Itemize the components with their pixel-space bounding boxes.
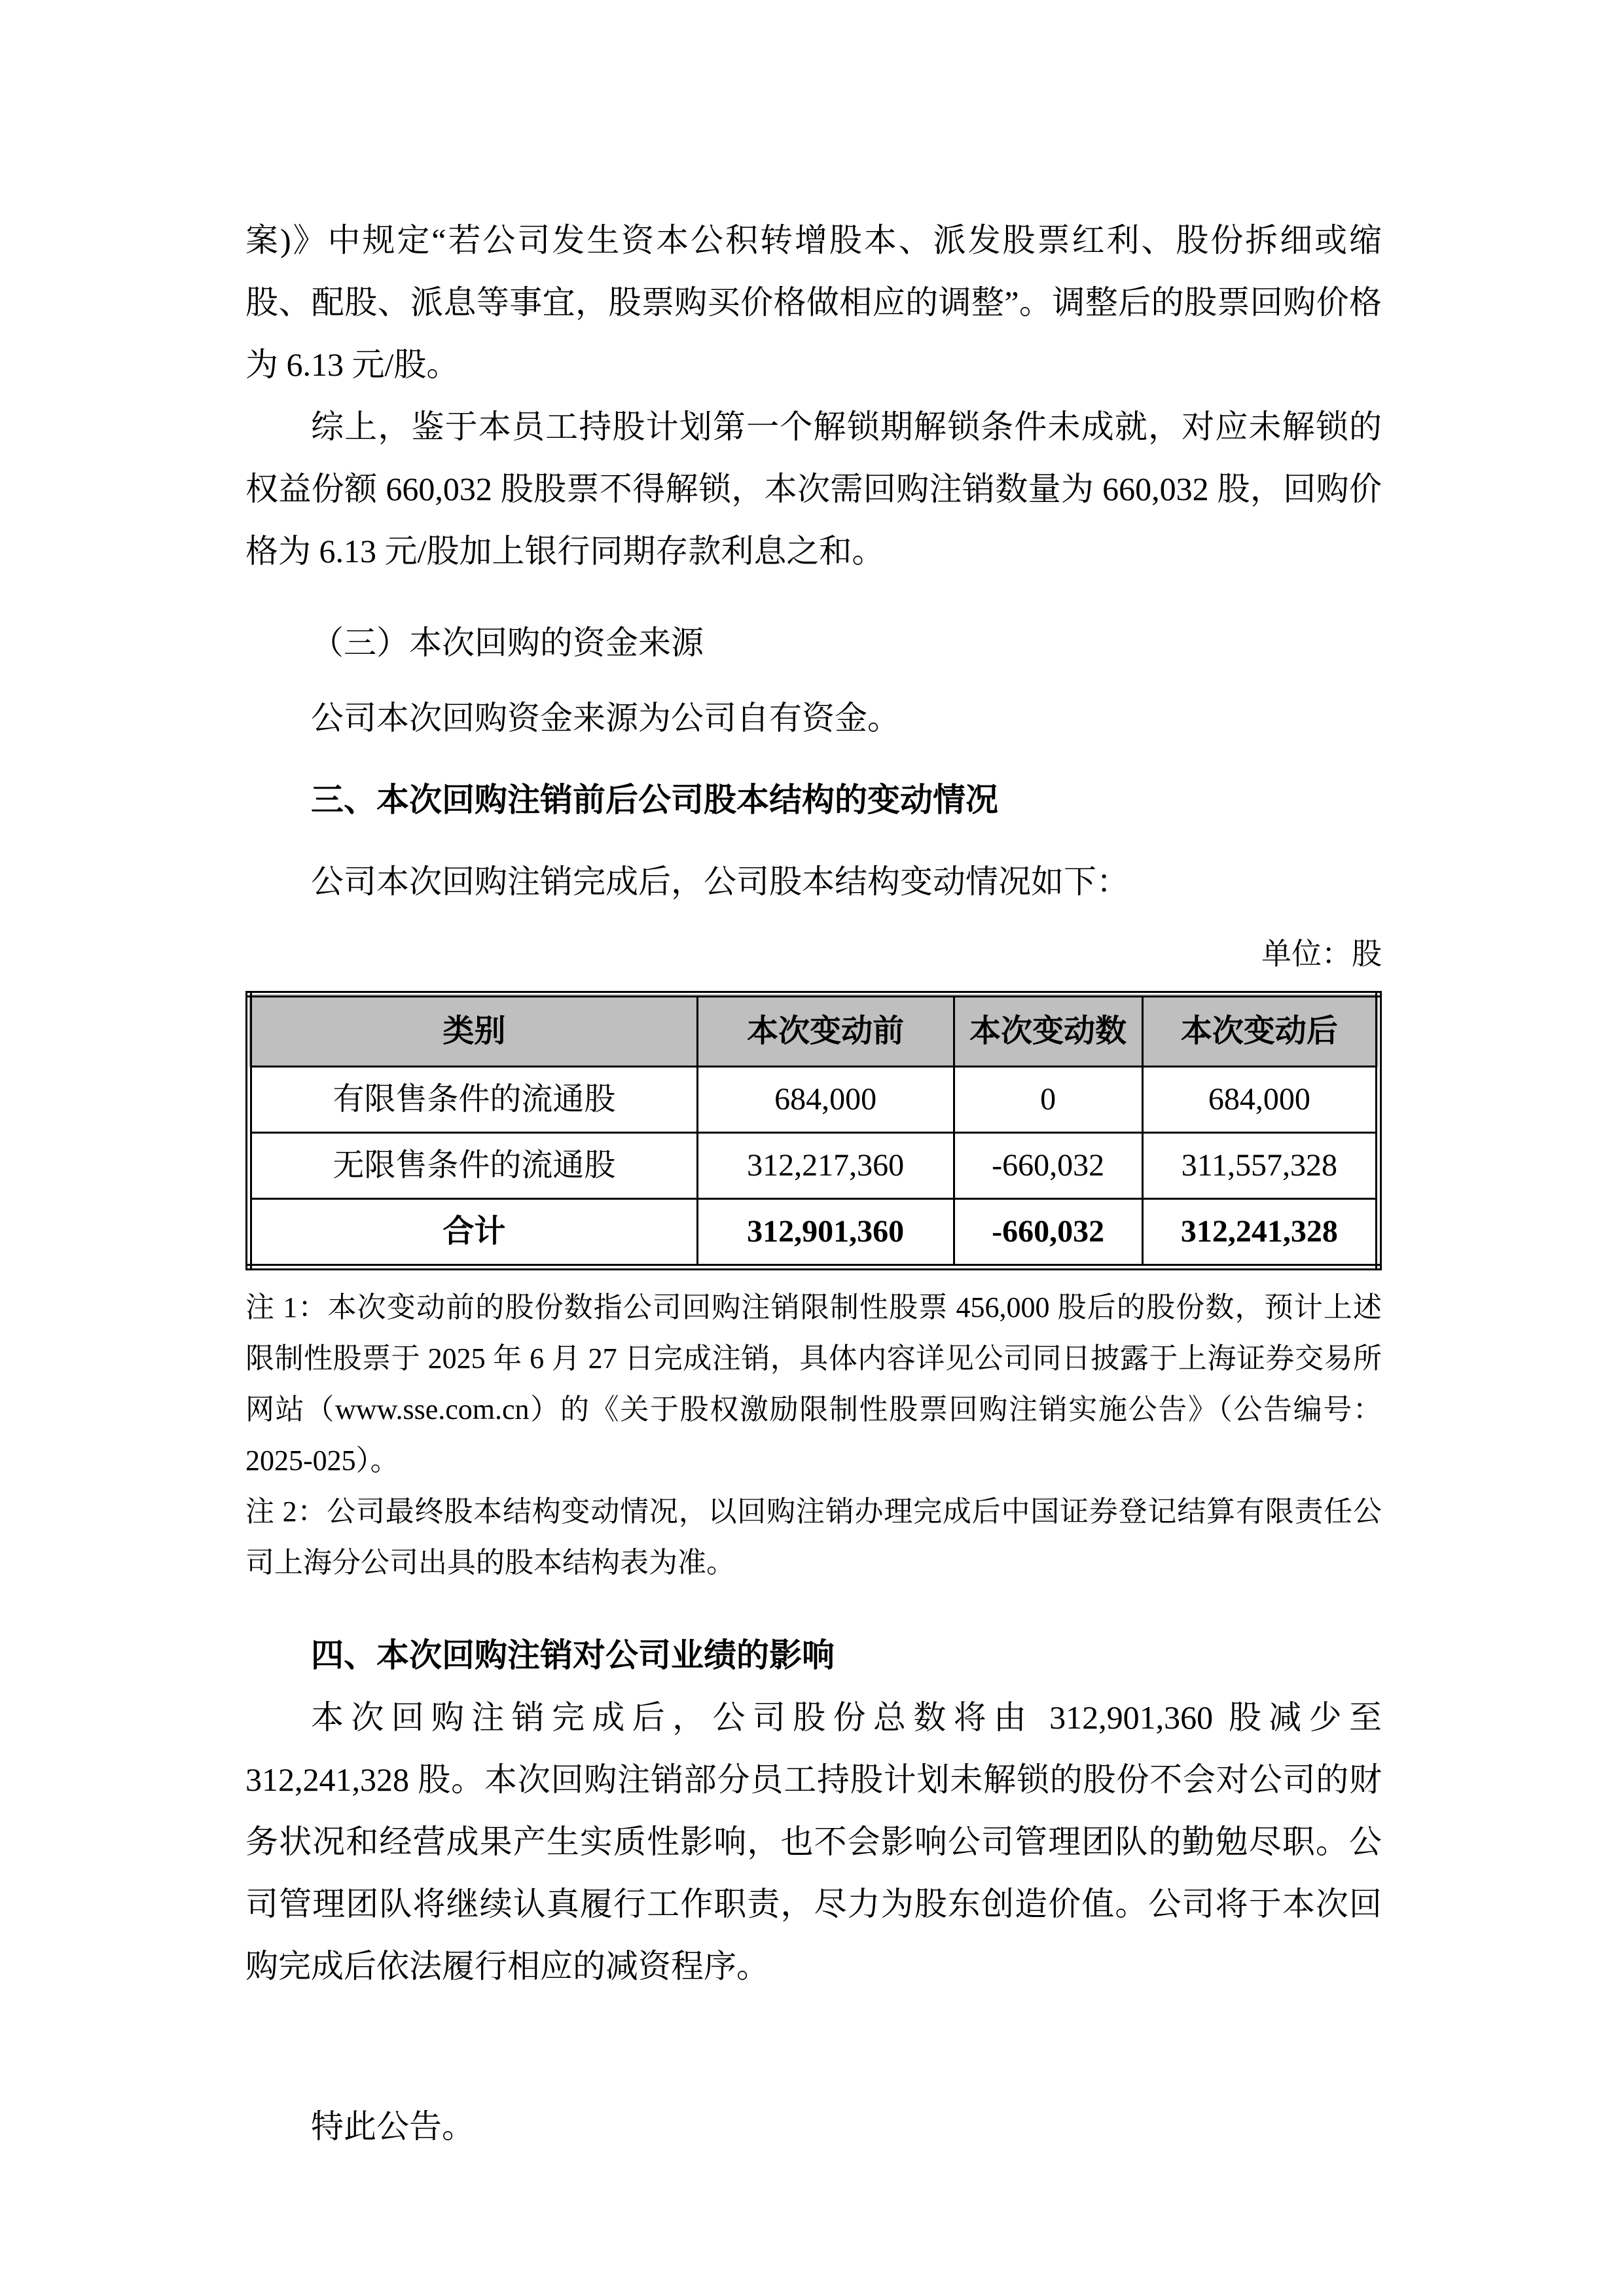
- table-row-unrestricted-shares: 无限售条件的流通股 312,217,360 -660,032 311,557,3…: [249, 1133, 1379, 1199]
- cell-before: 312,901,360: [697, 1199, 954, 1268]
- paragraph-fund-source: 公司本次回购资金来源为公司自有资金。: [245, 687, 1382, 749]
- cell-change: -660,032: [954, 1133, 1142, 1199]
- subheading-fund-source: （三）本次回购的资金来源: [245, 612, 1382, 674]
- table-notes: 注 1：本次变动前的股份数指公司回购注销限制性股票 456,000 股后的股份数…: [245, 1282, 1382, 1588]
- cell-before: 684,000: [697, 1067, 954, 1133]
- note-1: 注 1：本次变动前的股份数指公司回购注销限制性股票 456,000 股后的股份数…: [245, 1282, 1382, 1486]
- cell-category: 无限售条件的流通股: [249, 1133, 697, 1199]
- paragraph-performance-impact: 本次回购注销完成后，公司股份总数将由 312,901,360 股减少至 312,…: [245, 1687, 1382, 1998]
- paragraph-price-adjustment: 案)》中规定“若公司发生资本公积转增股本、派发股票红利、股份拆细或缩股、配股、派…: [245, 209, 1382, 396]
- paragraph-repurchase-summary: 综上，鉴于本员工持股计划第一个解锁期解锁条件未成就，对应未解锁的权益份额 660…: [245, 396, 1382, 583]
- table-header-category: 类别: [249, 994, 697, 1067]
- table-row-total: 合计 312,901,360 -660,032 312,241,328: [249, 1199, 1379, 1268]
- share-structure-table: 类别 本次变动前 本次变动数 本次变动后 有限售条件的流通股 684,000 0…: [245, 991, 1382, 1270]
- table-header-change-amount: 本次变动数: [954, 994, 1142, 1067]
- paragraph-closing: 特此公告。: [245, 2096, 1382, 2158]
- cell-change: 0: [954, 1067, 1142, 1133]
- section-heading-share-structure: 三、本次回购注销前后公司股本结构的变动情况: [245, 769, 1382, 831]
- cell-after: 311,557,328: [1142, 1133, 1379, 1199]
- table-header-before-change: 本次变动前: [697, 994, 954, 1067]
- section-heading-performance-impact: 四、本次回购注销对公司业绩的影响: [245, 1624, 1382, 1687]
- cell-after: 312,241,328: [1142, 1199, 1379, 1268]
- note-2: 注 2：公司最终股本结构变动情况，以回购注销办理完成后中国证券登记结算有限责任公…: [245, 1486, 1382, 1588]
- table-header-after-change: 本次变动后: [1142, 994, 1379, 1067]
- table-unit-label: 单位：股: [245, 936, 1382, 973]
- cell-after: 684,000: [1142, 1067, 1379, 1133]
- cell-change: -660,032: [954, 1199, 1142, 1268]
- table-header-row: 类别 本次变动前 本次变动数 本次变动后: [249, 994, 1379, 1067]
- paragraph-table-intro: 公司本次回购注销完成后，公司股本结构变动情况如下：: [245, 851, 1382, 913]
- cell-before: 312,217,360: [697, 1133, 954, 1199]
- cell-category: 有限售条件的流通股: [249, 1067, 697, 1133]
- announcement-page: 案)》中规定“若公司发生资本公积转增股本、派发股票红利、股份拆细或缩股、配股、派…: [0, 0, 1624, 2296]
- cell-category: 合计: [249, 1199, 697, 1268]
- table-row-restricted-shares: 有限售条件的流通股 684,000 0 684,000: [249, 1067, 1379, 1133]
